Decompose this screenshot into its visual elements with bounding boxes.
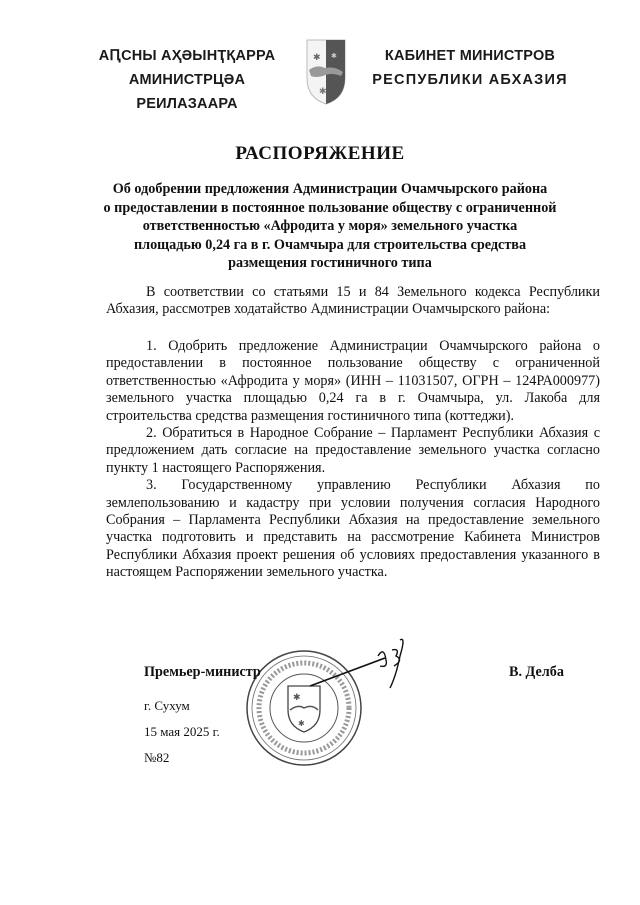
svg-text:✱: ✱ (331, 52, 337, 60)
order-item-1: 1. Одобрить предложение Администрации Оч… (106, 338, 600, 425)
intro-paragraph: В соответствии со статьями 15 и 84 Земел… (106, 284, 600, 319)
header-russian-title: КАБИНЕТ МИНИСТРОВ РЕСПУБЛИКИ АБХАЗИЯ (365, 44, 575, 92)
subject-line: размещения гостиничного типа (100, 254, 560, 273)
header-left-line2: АМИНИСТРЦӘА РЕИЛАЗААРА (82, 68, 292, 116)
signatory-position: Премьер-министр (144, 664, 261, 681)
intro-text: В соответствии со статьями 15 и 84 Земел… (106, 284, 600, 319)
document-type-title: РАСПОРЯЖЕНИЕ (0, 143, 640, 165)
handwritten-signature-icon (300, 636, 430, 696)
order-item-2: 2. Обратиться в Народное Собрание – Парл… (106, 425, 600, 477)
svg-text:✱: ✱ (298, 719, 305, 728)
order-item-3: 3. Государственному управлению Республик… (106, 477, 600, 581)
subject-line: Об одобрении предложения Администрации О… (100, 180, 560, 199)
header-abkhaz-title: АԤСНЫ АҲӘЫНҬҚАРРА АМИНИСТРЦӘА РЕИЛАЗААРА (82, 44, 292, 116)
header-left-line1: АԤСНЫ АҲӘЫНҬҚАРРА (82, 44, 292, 68)
document-number: №82 (144, 750, 169, 766)
issue-date: 15 мая 2025 г. (144, 724, 220, 740)
subject-line: о предоставлении в постоянное пользовани… (100, 199, 560, 218)
subject-line: площадью 0,24 га в г. Очамчыра для строи… (100, 236, 560, 255)
abkhazia-coat-of-arms-icon: ✱ ✱ ✱ (305, 38, 347, 106)
issue-city: г. Сухум (144, 698, 190, 714)
header-right-line2: РЕСПУБЛИКИ АБХАЗИЯ (365, 68, 575, 92)
header-right-line1: КАБИНЕТ МИНИСТРОВ (365, 44, 575, 68)
svg-text:✱: ✱ (313, 52, 321, 62)
svg-text:✱: ✱ (319, 86, 327, 96)
order-items: 1. Одобрить предложение Администрации Оч… (106, 338, 600, 582)
signatory-name: В. Делба (509, 664, 564, 681)
subject-line: ответственностью «Афродита у моря» земел… (100, 217, 560, 236)
document-subject: Об одобрении предложения Администрации О… (100, 180, 560, 273)
